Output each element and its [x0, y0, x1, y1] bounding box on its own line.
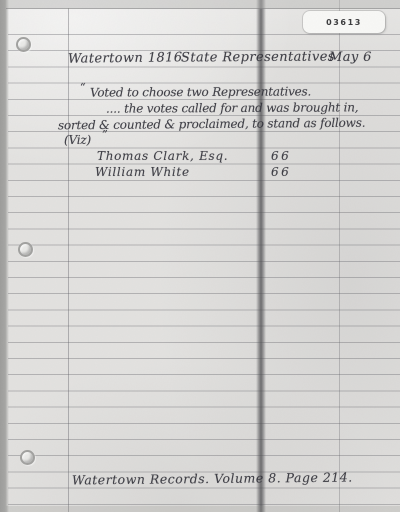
scanned-page: 03613 Watertown 1816 State Representativ…: [0, 0, 400, 512]
footer-citation: Watertown Records. Volume 8. Page 214.: [72, 470, 353, 488]
binding-shadow: [256, 0, 266, 512]
margin-line: [68, 8, 69, 512]
record-line-1: Voted to choose two Representatives.: [90, 84, 311, 99]
result-name-1: Thomas Clark, Esq.: [97, 149, 228, 163]
record-line-2: .... the votes called for and was brough…: [106, 100, 358, 115]
scan-tone-overlay: [0, 0, 400, 512]
closing-quote-mark: ”: [102, 128, 107, 141]
scan-grain-overlay: [0, 0, 400, 512]
viz-label: (Viz): [64, 133, 91, 147]
page-left-edge: [0, 0, 9, 512]
result-votes-2: 66: [271, 165, 291, 179]
punch-hole-top: [16, 37, 31, 52]
header-title: State Representatives: [181, 49, 335, 65]
punch-hole-bottom: [20, 450, 35, 465]
header-town-year: Watertown 1816: [68, 50, 183, 66]
result-votes-1: 66: [271, 149, 291, 163]
punch-hole-middle: [18, 242, 33, 257]
opening-quote-mark: “: [80, 81, 85, 94]
catalog-sticker: 03613: [303, 11, 385, 33]
page-bottom-edge: [6, 506, 400, 512]
header-date: May 6: [329, 50, 372, 65]
page-top-edge: [6, 0, 400, 9]
right-column-line: [339, 0, 340, 512]
catalog-number: 03613: [326, 18, 362, 27]
result-name-2: William White: [95, 165, 190, 179]
